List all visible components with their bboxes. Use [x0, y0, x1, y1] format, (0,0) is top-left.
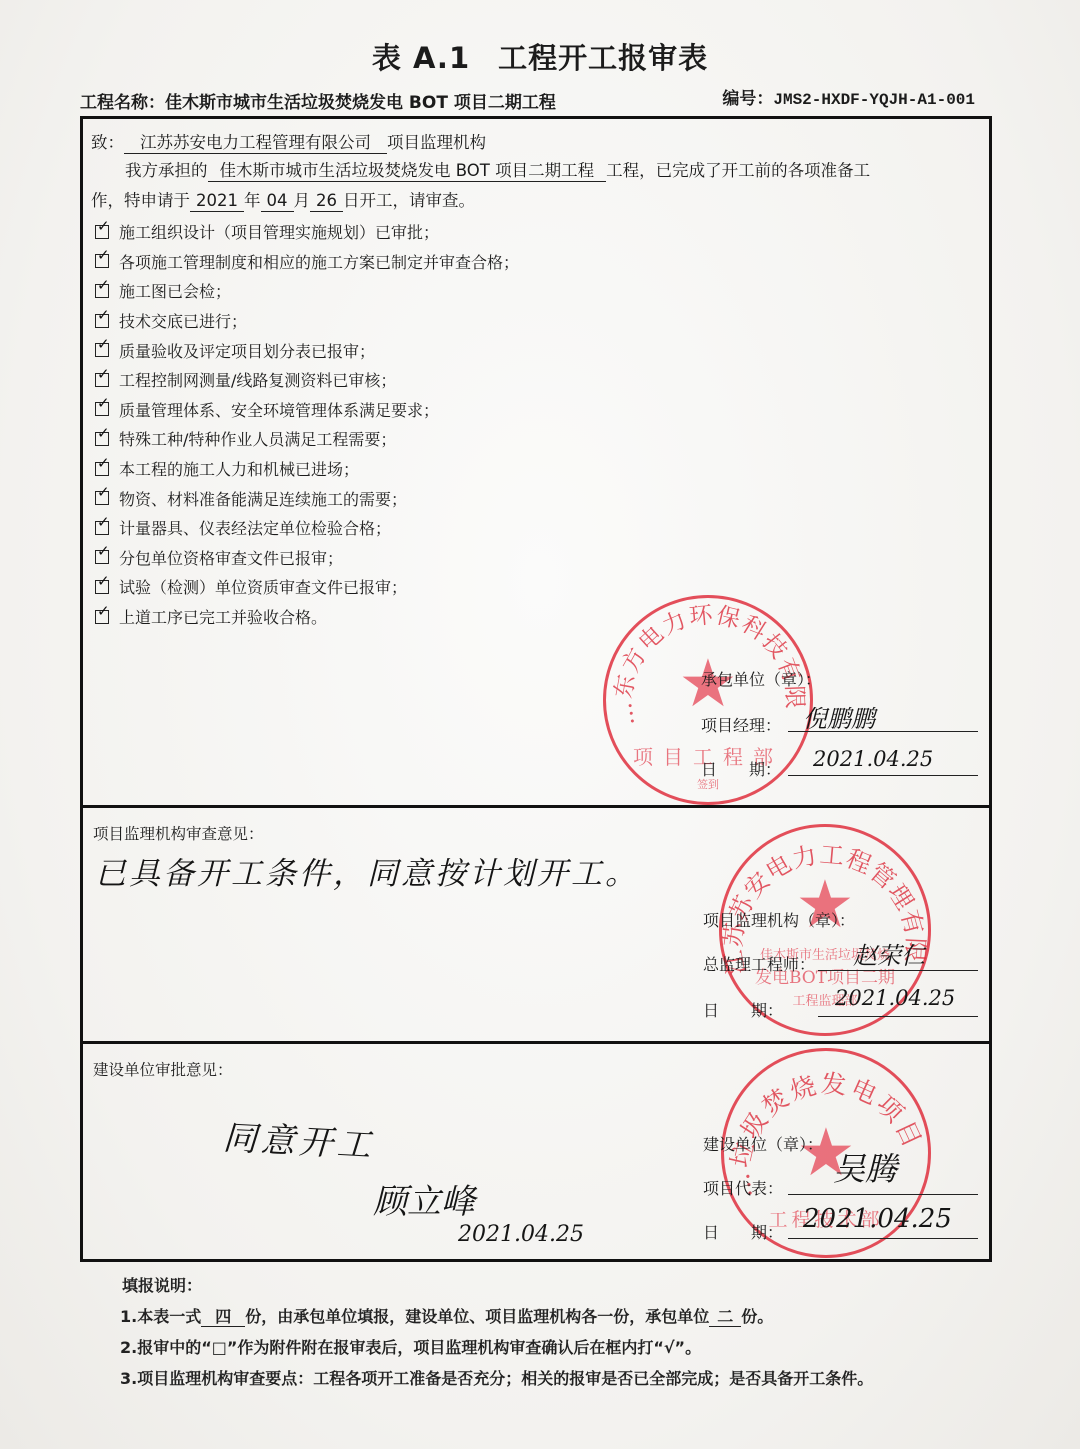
- check-mark-icon: ✓: [97, 248, 110, 263]
- checklist-item-label: 质量验收及评定项目划分表已报审；: [119, 339, 375, 362]
- document-number-label: 编号：: [722, 89, 773, 109]
- request-suffix: 日开工，请审查。: [343, 191, 475, 210]
- project-name-label: 工程名称：: [80, 93, 165, 113]
- note-3: 3.项目监理机构审查要点：工程各项开工准备是否充分；相关的报审是否已全部完成；是…: [120, 1363, 873, 1394]
- chief-engineer-label: 总监理工程师：: [703, 952, 815, 975]
- checkbox[interactable]: ✓: [95, 314, 109, 328]
- owner-opinion-handwritten: 同意开工: [222, 1110, 376, 1167]
- chief-engineer-signature: 赵荣仁: [853, 936, 925, 971]
- checklist-item-label: 施工组织设计（项目管理实施规划）已审批；: [119, 220, 439, 243]
- supervision-section: 项目监理机构审查意见： 已具备开工条件，同意按计划开工。 江苏苏安电力工程管理有…: [83, 805, 989, 1044]
- checklist-item-label: 试验（检测）单位资质审查文件已报审；: [119, 575, 407, 598]
- statement-project: 佳木斯市城市生活垃圾焚烧发电 BOT 项目二期工程: [208, 161, 607, 182]
- note-1: 1.本表一式四份，由承包单位填报，建设单位、项目监理机构各一份，承包单位二份。: [120, 1301, 873, 1332]
- owner-date-label: 日 期：: [703, 1220, 783, 1243]
- checklist-item-label: 本工程的施工人力和机械已进场；: [119, 457, 359, 480]
- project-name-value: 佳木斯市城市生活垃圾焚烧发电 BOT 项目二期工程: [165, 93, 556, 113]
- notes-heading: 填报说明：: [122, 1270, 873, 1301]
- note-2: 2.报审中的“□”作为附件附在报审表后，项目监理机构审查确认后在框内打“√”。: [120, 1332, 873, 1363]
- checklist-item: ✓物资、材料准备能满足连续施工的需要；: [91, 483, 519, 513]
- month-label: 月: [294, 191, 311, 210]
- statement-suffix: 工程，已完成了开工前的各项准备工: [606, 161, 870, 180]
- checklist-item-label: 物资、材料准备能满足连续施工的需要；: [119, 487, 407, 510]
- checklist-item: ✓计量器具、仪表经法定单位检验合格；: [91, 513, 519, 543]
- checklist-item-label: 各项施工管理制度和相应的施工方案已制定并审查合格；: [119, 250, 519, 273]
- addressee-suffix: 项目监理机构: [387, 133, 486, 152]
- supervision-opinion-label: 项目监理机构审查意见：: [93, 822, 264, 844]
- year-label: 年: [244, 191, 261, 210]
- contractor-date-underline: [788, 775, 978, 776]
- supervision-opinion-handwritten: 已具备开工条件，同意按计划开工。: [95, 848, 639, 893]
- prerequisite-checklist: ✓施工组织设计（项目管理实施规划）已审批；✓各项施工管理制度和相应的施工方案已制…: [91, 217, 519, 631]
- check-mark-icon: ✓: [97, 604, 110, 619]
- start-year: 2021: [190, 191, 244, 212]
- addressee-org: 江苏苏安电力工程管理有限公司: [124, 133, 387, 154]
- addressee-prefix: 致：: [91, 133, 124, 152]
- checkbox[interactable]: ✓: [95, 225, 109, 239]
- checklist-item: ✓特殊工种/特种作业人员满足工程需要；: [91, 424, 519, 454]
- owner-date-underline: [788, 1238, 978, 1239]
- request-prefix: 作，特申请于: [91, 191, 190, 210]
- checklist-item-label: 技术交底已进行；: [119, 309, 247, 332]
- owner-date-value: 2021.04.25: [803, 1204, 952, 1234]
- owner-unit-label: 建设单位（章）：: [703, 1132, 823, 1155]
- supervision-date-underline: [818, 1016, 978, 1017]
- project-name-field: 工程名称：佳木斯市城市生活垃圾焚烧发电 BOT 项目二期工程: [80, 88, 556, 113]
- checklist-item: ✓施工图已会检；: [91, 276, 519, 306]
- document-number-field: 编号：JMS2-HXDF-YQJH-A1-001: [722, 84, 975, 109]
- checkbox[interactable]: ✓: [95, 343, 109, 357]
- checklist-item-label: 质量管理体系、安全环境管理体系满足要求；: [119, 398, 439, 421]
- owner-approval-date: 2021.04.25: [458, 1222, 584, 1247]
- note-1-prefix: 1.本表一式: [120, 1307, 201, 1326]
- checkbox[interactable]: ✓: [95, 402, 109, 416]
- svg-text:…东方电力环保科技有限公司: …东方电力环保科技有限公司: [606, 598, 808, 728]
- owner-rep-underline: [788, 1194, 978, 1195]
- supervision-date-label: 日 期：: [703, 998, 783, 1021]
- check-mark-icon: ✓: [97, 544, 110, 559]
- checklist-item: ✓工程控制网测量/线路复测资料已审核；: [91, 365, 519, 395]
- owner-rep-label: 项目代表：: [703, 1176, 783, 1199]
- page-title: 表 A.1工程开工报审表: [0, 36, 1080, 77]
- note-1-suffix: 份。: [741, 1307, 773, 1326]
- check-mark-icon: ✓: [97, 485, 110, 500]
- checkbox[interactable]: ✓: [95, 550, 109, 564]
- checklist-item: ✓质量管理体系、安全环境管理体系满足要求；: [91, 395, 519, 425]
- checkbox[interactable]: ✓: [95, 462, 109, 476]
- check-mark-icon: ✓: [97, 515, 110, 530]
- filling-instructions: 填报说明： 1.本表一式四份，由承包单位填报，建设单位、项目监理机构各一份，承包…: [116, 1270, 873, 1394]
- form-code: 表 A.1: [372, 41, 470, 75]
- check-mark-icon: ✓: [97, 278, 110, 293]
- checklist-item: ✓试验（检测）单位资质审查文件已报审；: [91, 572, 519, 602]
- statement-line-1: 我方承担的佳木斯市城市生活垃圾焚烧发电 BOT 项目二期工程工程，已完成了开工前…: [125, 157, 870, 182]
- checklist-item-label: 上道工序已完工并验收合格。: [119, 605, 327, 628]
- checklist-item-label: 分包单位资格审查文件已报审；: [119, 546, 343, 569]
- statement-prefix: 我方承担的: [125, 161, 208, 180]
- checkbox[interactable]: ✓: [95, 373, 109, 387]
- check-mark-icon: ✓: [97, 396, 110, 411]
- start-month: 04: [261, 191, 294, 212]
- approval-form: 致：江苏苏安电力工程管理有限公司项目监理机构 我方承担的佳木斯市城市生活垃圾焚烧…: [80, 116, 992, 1262]
- check-mark-icon: ✓: [97, 574, 110, 589]
- supervision-org-label: 项目监理机构（章）：: [703, 908, 855, 931]
- owner-opinion-label: 建设单位审批意见：: [93, 1058, 233, 1080]
- check-mark-icon: ✓: [97, 308, 110, 323]
- supervision-date-value: 2021.04.25: [835, 986, 955, 1010]
- manager-signature: 倪鹏鹏: [803, 699, 875, 734]
- addressee-line: 致：江苏苏安电力工程管理有限公司项目监理机构: [91, 129, 486, 154]
- checkbox[interactable]: ✓: [95, 432, 109, 446]
- check-mark-icon: ✓: [97, 426, 110, 441]
- check-mark-icon: ✓: [97, 219, 110, 234]
- checklist-item-label: 特殊工种/特种作业人员满足工程需要；: [119, 427, 396, 450]
- checklist-item: ✓本工程的施工人力和机械已进场；: [91, 454, 519, 484]
- owner-approver-signature: 顾立峰: [373, 1174, 475, 1223]
- document-number-value: JMS2-HXDF-YQJH-A1-001: [773, 91, 975, 109]
- check-mark-icon: ✓: [97, 456, 110, 471]
- checklist-item: ✓各项施工管理制度和相应的施工方案已制定并审查合格；: [91, 247, 519, 277]
- checklist-item: ✓技术交底已进行；: [91, 306, 519, 336]
- form-title: 工程开工报审表: [498, 41, 708, 75]
- checkbox[interactable]: ✓: [95, 254, 109, 268]
- checkbox[interactable]: ✓: [95, 580, 109, 594]
- checkbox[interactable]: ✓: [95, 521, 109, 535]
- note-1-mid: 份，由承包单位填报，建设单位、项目监理机构各一份，承包单位: [245, 1307, 709, 1326]
- note-1-copies: 四: [201, 1308, 245, 1327]
- checklist-item: ✓分包单位资格审查文件已报审；: [91, 543, 519, 573]
- contractor-unit-label: 承包单位（章）：: [701, 667, 821, 690]
- checkbox[interactable]: ✓: [95, 491, 109, 505]
- checklist-item-label: 施工图已会检；: [119, 279, 231, 302]
- checklist-item: ✓施工组织设计（项目管理实施规划）已审批；: [91, 217, 519, 247]
- statement-line-2: 作，特申请于2021年04月26日开工，请审查。: [91, 187, 475, 212]
- checklist-item: ✓质量验收及评定项目划分表已报审；: [91, 335, 519, 365]
- check-mark-icon: ✓: [97, 367, 110, 382]
- checkbox[interactable]: ✓: [95, 610, 109, 624]
- check-mark-icon: ✓: [97, 337, 110, 352]
- checklist-item-label: 计量器具、仪表经法定单位检验合格；: [119, 516, 391, 539]
- owner-rep-signature: 吴腾: [833, 1144, 897, 1190]
- checklist-item: ✓上道工序已完工并验收合格。: [91, 602, 519, 632]
- owner-section: 建设单位审批意见： 同意开工 顾立峰 2021.04.25 …垃圾焚烧发电项目 …: [83, 1041, 989, 1265]
- checklist-item-label: 工程控制网测量/线路复测资料已审核；: [119, 368, 396, 391]
- note-1-contractor-copies: 二: [709, 1308, 741, 1327]
- checkbox[interactable]: ✓: [95, 284, 109, 298]
- application-section: 致：江苏苏安电力工程管理有限公司项目监理机构 我方承担的佳木斯市城市生活垃圾焚烧…: [83, 119, 989, 805]
- start-day: 26: [310, 191, 343, 212]
- contractor-date-label: 日 期：: [701, 757, 781, 780]
- contractor-date-value: 2021.04.25: [813, 747, 933, 771]
- header-row: 工程名称：佳木斯市城市生活垃圾焚烧发电 BOT 项目二期工程 编号：JMS2-H…: [80, 88, 975, 114]
- manager-label: 项目经理：: [701, 713, 781, 736]
